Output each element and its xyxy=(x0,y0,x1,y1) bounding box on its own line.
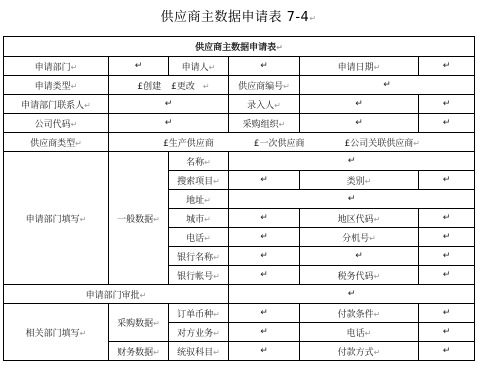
label-city: 城市↵ xyxy=(169,209,229,228)
field-name[interactable]: ↵ xyxy=(229,152,475,171)
field-bank-name[interactable]: ↵ xyxy=(229,247,300,266)
label-entered-by: 录入人↵ xyxy=(229,95,300,114)
form-header: 供应商主数据申请表↵ xyxy=(4,37,475,57)
label-payment-method: 付款方式↵ xyxy=(300,342,419,361)
field-city[interactable]: ↵ xyxy=(229,209,300,228)
field-bank-account[interactable]: ↵ xyxy=(229,266,300,285)
group-label-general: 一般数据↵ xyxy=(109,152,169,285)
label-apply-date: 申请日期↵ xyxy=(300,57,419,76)
field-dept-approval[interactable]: ↵ xyxy=(229,285,475,304)
field-apply-dept[interactable]: ↵ xyxy=(109,57,169,76)
checkbox-production-supplier[interactable]: £生产供应商 xyxy=(163,139,214,149)
field-category[interactable]: ↵ xyxy=(419,171,475,190)
label-apply-type: 申请类型↵ xyxy=(4,76,109,95)
label-purchasing-org: 采购组织↵ xyxy=(229,114,300,133)
label-category: 类别↵ xyxy=(300,171,419,190)
label-counterpart: 对方业务↵ xyxy=(169,323,229,342)
field-search-term[interactable]: ↵ xyxy=(229,171,300,190)
field-phone[interactable]: ↵ xyxy=(229,228,300,247)
supplier-master-data-form: 供应商主数据申请表↵ 申请部门↵ ↵ 申请人↵ ↵ 申请日期↵ ↵ 申请类型↵ … xyxy=(3,36,475,361)
label-apply-contact: 申请部门联系人↵ xyxy=(4,95,109,114)
checkbox-affiliated-supplier[interactable]: £公司关联供应商 xyxy=(345,139,414,149)
checkbox-one-time-supplier[interactable]: £一次供应商 xyxy=(254,139,305,149)
label-apply-dept: 申请部门↵ xyxy=(4,57,109,76)
label-payment-terms: 付款条件↵ xyxy=(300,304,419,323)
field-region-code[interactable]: ↵ xyxy=(419,209,475,228)
field-applicant[interactable]: ↵ xyxy=(229,57,300,76)
field-purchasing-org[interactable]: ↵ xyxy=(300,114,419,133)
group-label-purchasing: 采购数据↵ xyxy=(109,304,169,342)
section-label-related: 相关部门填写↵ xyxy=(4,304,109,361)
label-dept-approval: 申请部门审批↵ xyxy=(4,285,229,304)
label-applicant: 申请人↵ xyxy=(169,57,229,76)
document-title-text: 供应商主数据申请表 7-4 xyxy=(160,10,309,25)
field-purchasing-org-extra[interactable]: ↵ xyxy=(419,114,475,133)
field-entered-by[interactable]: ↵ xyxy=(300,95,419,114)
field-recon-account[interactable]: ↵ xyxy=(229,342,300,361)
field-apply-contact[interactable]: ↵ xyxy=(109,95,229,114)
field-apply-date[interactable]: ↵ xyxy=(419,57,475,76)
supplier-type-options: £生产供应商£一次供应商£公司关联供应商↵ xyxy=(109,133,475,152)
field-counterpart[interactable]: ↵ xyxy=(229,323,300,342)
label-recon-account: 统驭科目↵ xyxy=(169,342,229,361)
label-supplier-no: 供应商编号↵ xyxy=(229,76,300,95)
label-bank-name: 银行名称↵ xyxy=(169,247,229,266)
label-region-code: 地区代码↵ xyxy=(300,209,419,228)
checkbox-create[interactable]: £创建 xyxy=(137,82,161,92)
group-label-finance: 财务数据↵ xyxy=(109,342,169,361)
document-title: 供应商主数据申请表 7-4↵ xyxy=(0,6,477,25)
label-company-code: 公司代码↵ xyxy=(4,114,109,133)
label-related-phone: 电话↵ xyxy=(300,323,419,342)
label-tax-code: 税务代码↵ xyxy=(300,266,419,285)
checkbox-change[interactable]: £更改 xyxy=(171,82,195,92)
paragraph-mark-icon: ↵ xyxy=(309,14,316,23)
field-entered-by-extra[interactable]: ↵ xyxy=(419,95,475,114)
field-address[interactable]: ↵ xyxy=(229,190,475,209)
label-phone: 电话↵ xyxy=(169,228,229,247)
field-supplier-no[interactable]: ↵ xyxy=(300,76,475,95)
field-bank-name-extra-label[interactable]: ↵ xyxy=(300,247,419,266)
section-label-apply: 申请部门填写↵ xyxy=(4,152,109,285)
label-extension: 分机号↵ xyxy=(300,228,419,247)
label-supplier-type: 供应商类型↵ xyxy=(4,133,109,152)
field-order-currency[interactable]: ↵ xyxy=(229,304,300,323)
field-related-phone[interactable]: ↵ xyxy=(419,323,475,342)
field-bank-name-extra[interactable]: ↵ xyxy=(419,247,475,266)
label-search-term: 搜索项目↵ xyxy=(169,171,229,190)
field-extension[interactable]: ↵ xyxy=(419,228,475,247)
field-tax-code[interactable]: ↵ xyxy=(419,266,475,285)
field-company-code[interactable]: ↵ xyxy=(109,114,229,133)
apply-type-options: £创建£更改↵ xyxy=(109,76,229,95)
field-payment-method[interactable]: ↵ xyxy=(419,342,475,361)
label-order-currency: 订单币种↵ xyxy=(169,304,229,323)
label-address: 地址↵ xyxy=(169,190,229,209)
field-payment-terms[interactable]: ↵ xyxy=(419,304,475,323)
label-bank-account: 银行帐号↵ xyxy=(169,266,229,285)
label-name: 名称↵ xyxy=(169,152,229,171)
